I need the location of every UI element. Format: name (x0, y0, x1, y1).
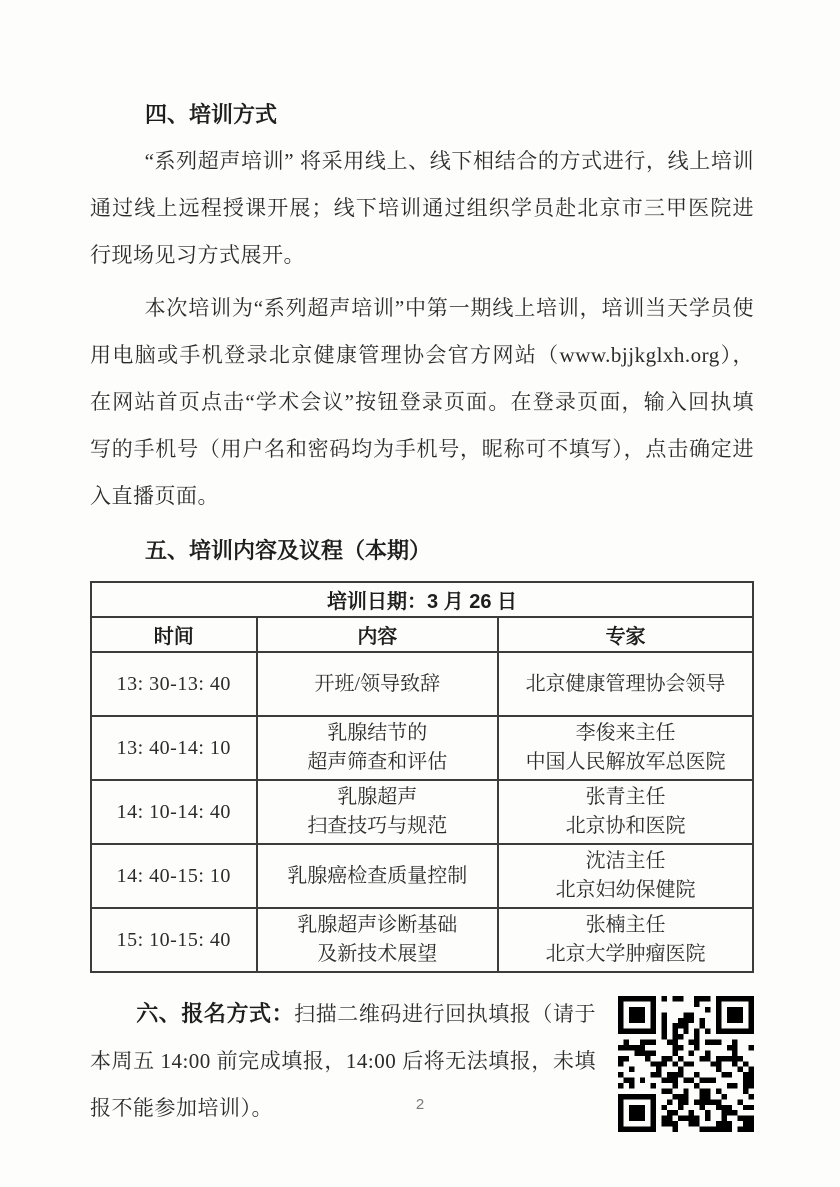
table-row: 14: 40-15: 10 乳腺癌检查质量控制 沈洁主任 北京妇幼保健院 (91, 844, 753, 908)
section5-heading: 五、培训内容及议程（本期） (90, 534, 754, 568)
content-cell: 开班/领导致辞 (257, 652, 499, 716)
column-header-expert: 专家 (498, 617, 753, 652)
table-row: 13: 40-14: 10 乳腺结节的 超声筛查和评估 李俊来主任 中国人民解放… (91, 716, 753, 780)
time-cell: 14: 10-14: 40 (91, 780, 257, 844)
expert-cell: 北京健康管理协会领导 (498, 652, 753, 716)
content-line: 开班/领导致辞 (262, 670, 494, 699)
table-caption-row: 培训日期：3 月 26 日 (91, 582, 753, 617)
expert-line: 沈洁主任 (503, 847, 748, 876)
expert-cell: 沈洁主任 北京妇幼保健院 (498, 844, 753, 908)
content-line: 乳腺超声 (262, 783, 494, 812)
content-line: 超声筛查和评估 (262, 748, 494, 777)
expert-line: 北京健康管理协会领导 (503, 670, 748, 699)
expert-cell: 张青主任 北京协和医院 (498, 780, 753, 844)
content-cell: 乳腺超声 扫查技巧与规范 (257, 780, 499, 844)
expert-line: 中国人民解放军总医院 (503, 748, 748, 777)
expert-line: 北京妇幼保健院 (503, 876, 748, 905)
table-header-row: 时间 内容 专家 (91, 617, 753, 652)
content-line: 乳腺癌检查质量控制 (262, 862, 494, 891)
expert-line: 李俊来主任 (503, 719, 748, 748)
section4-heading: 四、培训方式 (90, 98, 754, 132)
expert-cell: 张楠主任 北京大学肿瘤医院 (498, 908, 753, 972)
content-cell: 乳腺结节的 超声筛查和评估 (257, 716, 499, 780)
expert-line: 张青主任 (503, 783, 748, 812)
content-cell: 乳腺癌检查质量控制 (257, 844, 499, 908)
training-date-caption: 培训日期：3 月 26 日 (91, 582, 753, 617)
content-line: 乳腺超声诊断基础 (262, 911, 494, 940)
content-line: 及新技术展望 (262, 940, 494, 969)
content-line: 乳腺结节的 (262, 719, 494, 748)
expert-cell: 李俊来主任 中国人民解放军总医院 (498, 716, 753, 780)
page-number: 2 (0, 1096, 840, 1113)
content-line: 扫查技巧与规范 (262, 812, 494, 841)
time-cell: 15: 10-15: 40 (91, 908, 257, 972)
document-page: 四、培训方式 “系列超声培训” 将采用线上、线下相结合的方式进行，线上培训通过线… (0, 0, 840, 1187)
table-row: 14: 10-14: 40 乳腺超声 扫查技巧与规范 张青主任 北京协和医院 (91, 780, 753, 844)
table-row: 13: 30-13: 40 开班/领导致辞 北京健康管理协会领导 (91, 652, 753, 716)
section6-intro-text: 扫描二维码进行回执填报 (294, 1002, 531, 1026)
time-cell: 14: 40-15: 10 (91, 844, 257, 908)
time-cell: 13: 30-13: 40 (91, 652, 257, 716)
document-content: 四、培训方式 “系列超声培训” 将采用线上、线下相结合的方式进行，线上培训通过线… (90, 98, 754, 1136)
table-row: 15: 10-15: 40 乳腺超声诊断基础 及新技术展望 张楠主任 北京大学肿… (91, 908, 753, 972)
expert-line: 北京大学肿瘤医院 (503, 940, 748, 969)
expert-line: 北京协和医院 (503, 812, 748, 841)
content-cell: 乳腺超声诊断基础 及新技术展望 (257, 908, 499, 972)
column-header-time: 时间 (91, 617, 257, 652)
time-cell: 13: 40-14: 10 (91, 716, 257, 780)
section4-paragraph-1: “系列超声培训” 将采用线上、线下相结合的方式进行，线上培训通过线上远程授课开展… (90, 138, 754, 279)
section4-paragraph-2: 本次培训为“系列超声培训”中第一期线上培训，培训当天学员使用电脑或手机登录北京健… (90, 285, 754, 520)
column-header-content: 内容 (257, 617, 499, 652)
expert-line: 张楠主任 (503, 911, 748, 940)
training-schedule-table: 培训日期：3 月 26 日 时间 内容 专家 13: 30-13: 40 开班/… (90, 581, 754, 973)
section6-heading: 六、报名方式： (90, 1001, 294, 1026)
